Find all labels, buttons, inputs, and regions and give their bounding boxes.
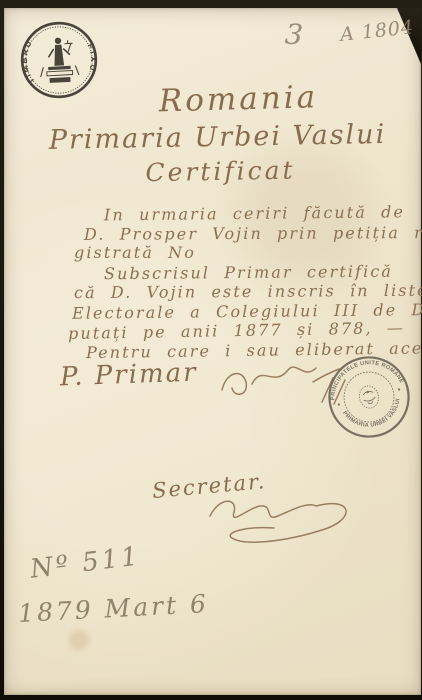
revenue-stamp-figure (39, 37, 80, 84)
header-country: Romania (4, 77, 422, 124)
revenue-stamp-right-text: FIXU (85, 42, 98, 74)
svg-text:FIXU: FIXU (85, 42, 98, 74)
archival-inventory-mark: A 1804 (339, 16, 415, 46)
body-line: D. Prosper Vojin prin petiția re (62, 223, 418, 244)
svg-text:TIMBRU: TIMBRU (19, 37, 37, 85)
body-line: In urmaria ceriri făcută de (62, 202, 418, 225)
mayor-label: P. Primar (60, 358, 199, 393)
header-block: Romania Primaria Urbei Vaslui Certificat (4, 82, 421, 186)
paper-sheet: TIMBRU FIXU 3 A 1804 Romania Primaria Ur… (4, 8, 421, 695)
revenue-stamp-left-text: TIMBRU (19, 37, 37, 85)
document-scan: TIMBRU FIXU 3 A 1804 Romania Primaria Ur… (0, 0, 422, 700)
header-institution: Primaria Urbei Vaslui (4, 118, 421, 156)
registry-number: Nº 511 (29, 541, 143, 584)
header-document-title: Certificat (4, 153, 421, 189)
body-line: că D. Vojin este inscris în listele (62, 281, 418, 303)
secretary-signature (202, 490, 367, 552)
seal-bottom-text: PRIMARIA URBEI VASLUI (341, 397, 407, 436)
svg-text:PRIMARIA URBEI VASLUI: PRIMARIA URBEI VASLUI (341, 397, 407, 436)
body-line: gistrată No (62, 243, 418, 263)
registry-date: 1879 Mart 6 (17, 589, 209, 628)
body-text: In urmaria ceriri făcută de D. Prosper V… (62, 204, 418, 360)
archival-page-number: 3 (284, 17, 304, 51)
